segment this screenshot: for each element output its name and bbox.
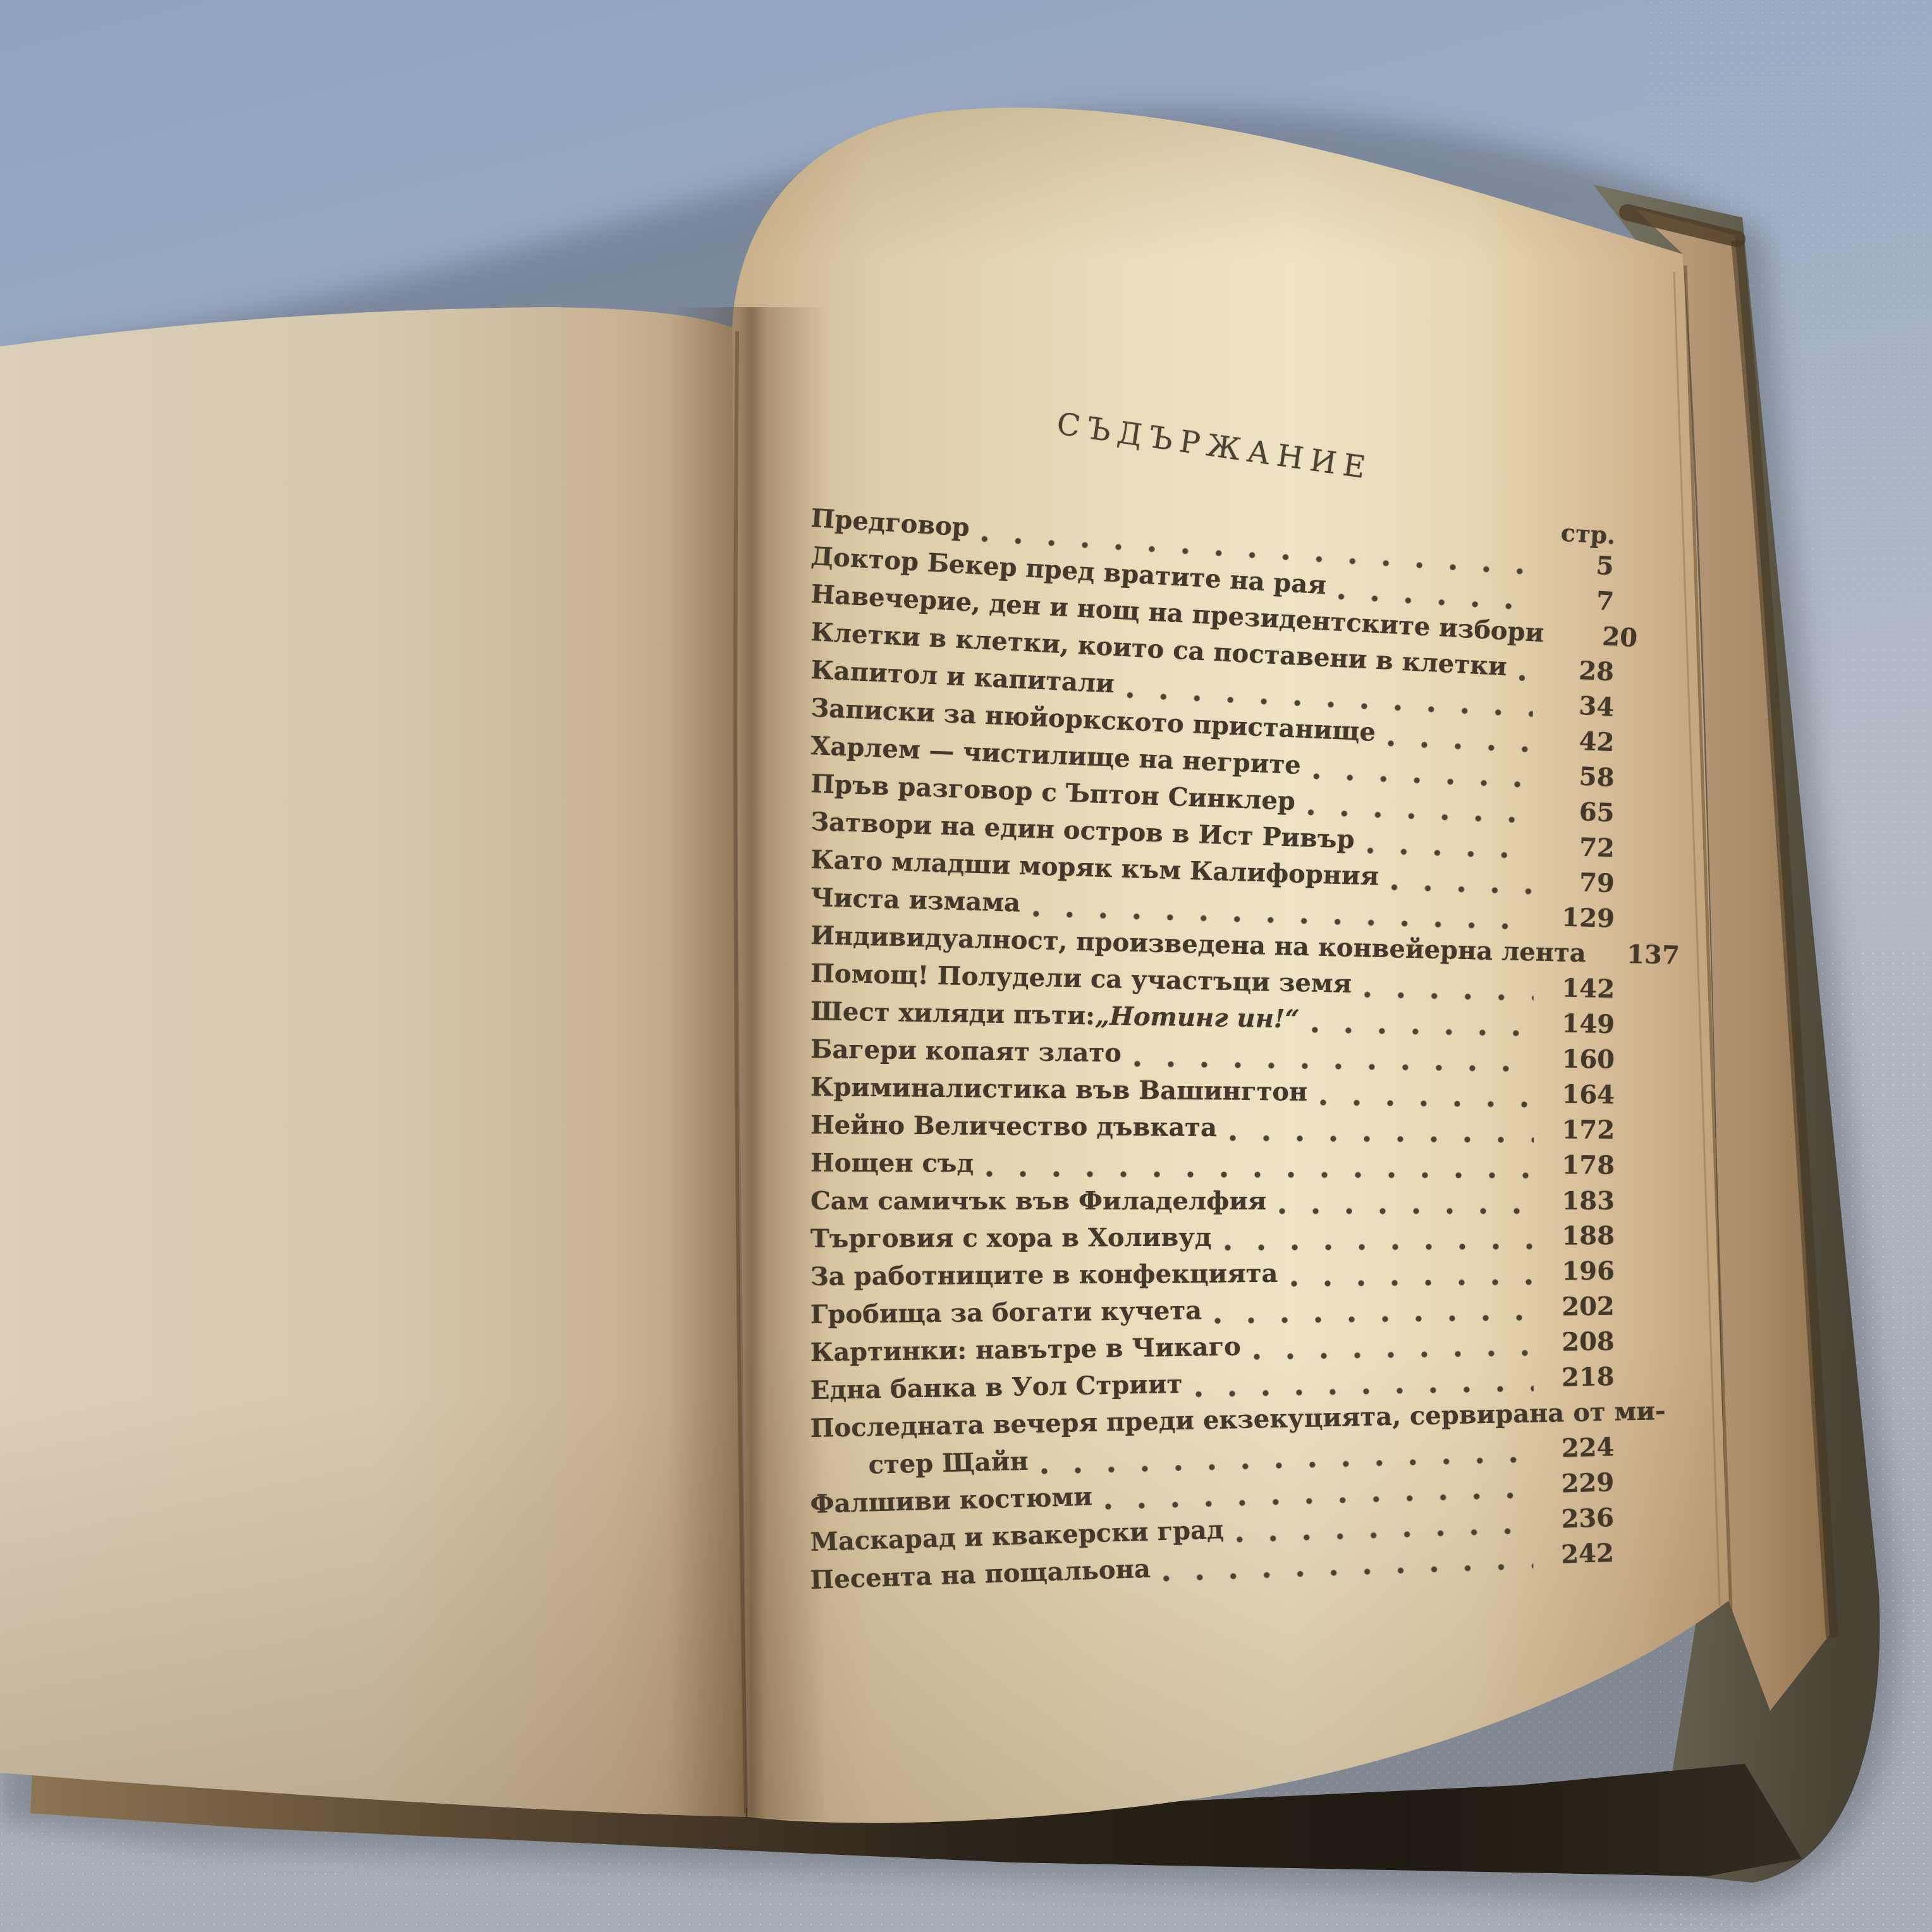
- toc-page-number: 58: [1539, 760, 1615, 793]
- toc-page-number: 218: [1539, 1362, 1615, 1393]
- dot-leader: [1225, 1243, 1534, 1252]
- dot-leader: [1556, 640, 1556, 648]
- dot-leader: [1254, 1349, 1534, 1360]
- toc-entry-title: Гробища за богати кучета: [810, 1296, 1202, 1330]
- toc-page-number: 188: [1540, 1221, 1615, 1250]
- toc-page-number: 79: [1539, 866, 1615, 898]
- dot-leader: [1237, 1527, 1534, 1543]
- toc-row: Сам самичък във Филаделфия 183: [810, 1186, 1615, 1224]
- toc-entry-title: Чиста измама: [810, 883, 1021, 918]
- toc-row: Нейно Величество дъвката 172: [810, 1110, 1615, 1153]
- toc-page-number: 72: [1539, 831, 1615, 863]
- toc-page-number: 178: [1540, 1150, 1615, 1180]
- toc-page-number: 183: [1540, 1186, 1615, 1216]
- dot-leader: [1195, 1385, 1534, 1398]
- toc-page-number: 242: [1539, 1538, 1615, 1570]
- toc-page-number: 65: [1539, 795, 1615, 828]
- toc-page-number: 7: [1539, 583, 1615, 617]
- toc-page-number: 137: [1605, 939, 1680, 970]
- dot-leader: [1279, 1207, 1534, 1215]
- toc-page-number: 28: [1539, 654, 1615, 687]
- toc-page-number: 224: [1539, 1432, 1615, 1464]
- toc-entry-title: Сам самичък във Филаделфия: [810, 1186, 1266, 1216]
- dot-leader: [1134, 1060, 1534, 1073]
- dot-leader: [1163, 1562, 1534, 1582]
- toc-entry-title: Търговия с хора в Холивуд: [810, 1223, 1212, 1254]
- gutter-shadow: [669, 307, 827, 1819]
- dot-leader: [1307, 809, 1533, 824]
- toc-page-number: 172: [1540, 1115, 1615, 1145]
- dot-leader: [1214, 1314, 1534, 1324]
- toc-entry-title: Криминалистика във Вашингтон: [810, 1072, 1308, 1107]
- dot-leader: [986, 1170, 1534, 1180]
- toc-entry-title: Нощен съд: [810, 1148, 974, 1178]
- dot-leader: [1388, 740, 1533, 754]
- toc-entry-title-quote: „Нотинг ин!“: [1095, 1001, 1300, 1034]
- toc-page-number: 42: [1539, 724, 1615, 757]
- toc-page-number: 5: [1538, 547, 1615, 582]
- dot-leader: [1391, 883, 1534, 895]
- toc-entry-title: За работниците в конфекцията: [810, 1259, 1278, 1292]
- toc-page-number: 229: [1539, 1467, 1615, 1499]
- toc-row: Търговия с хора в Холивуд 188: [810, 1221, 1615, 1262]
- toc-entry-title: стер Щайн: [868, 1446, 1029, 1480]
- dot-leader: [1367, 847, 1534, 860]
- toc-page-number: 202: [1540, 1292, 1615, 1322]
- toc-page-number: 164: [1540, 1079, 1615, 1110]
- toc-entry-title: Картинки: навътре в Чикаго: [810, 1331, 1241, 1367]
- toc-entry-title: Багери копаят злато: [810, 1034, 1122, 1068]
- toc-row: Нощен съд 178: [810, 1148, 1615, 1189]
- left-page-bottom-shade: [0, 307, 746, 1817]
- page-column-header: стр.: [1560, 518, 1617, 549]
- toc-page-number: 142: [1540, 973, 1615, 1004]
- dot-leader: [1290, 1278, 1534, 1288]
- toc-entry-title: Една банка в Уол Стриит: [810, 1369, 1182, 1405]
- toc-page-number: 129: [1539, 902, 1615, 934]
- toc-page-number: 160: [1540, 1044, 1615, 1075]
- dot-leader: [1312, 1026, 1534, 1037]
- toc-page-number: 34: [1539, 689, 1615, 722]
- dot-leader: [1364, 991, 1534, 1001]
- toc-page-number: 208: [1539, 1326, 1615, 1357]
- toc-entry-title: Нейно Величество дъвката: [810, 1110, 1217, 1142]
- photo-open-book: СЪДЪРЖАНИЕ Предговор 5 стр. Доктор Бекер…: [0, 0, 1932, 1932]
- toc-page-number: 149: [1540, 1008, 1615, 1039]
- dot-leader: [1313, 773, 1534, 789]
- dot-leader: [1320, 1099, 1534, 1108]
- toc-entry-title: Шест хиляди пъти:: [810, 996, 1096, 1030]
- toc: Предговор 5 стр. Доктор Бекер пред врати…: [810, 503, 1615, 1603]
- toc-page-number: 196: [1540, 1256, 1615, 1287]
- toc-entry-title: Предговор: [810, 503, 970, 542]
- dot-leader: [1230, 1134, 1534, 1144]
- toc-page-number: 20: [1562, 620, 1638, 653]
- dot-leader: [1519, 674, 1532, 682]
- toc-page-number: 236: [1539, 1503, 1614, 1535]
